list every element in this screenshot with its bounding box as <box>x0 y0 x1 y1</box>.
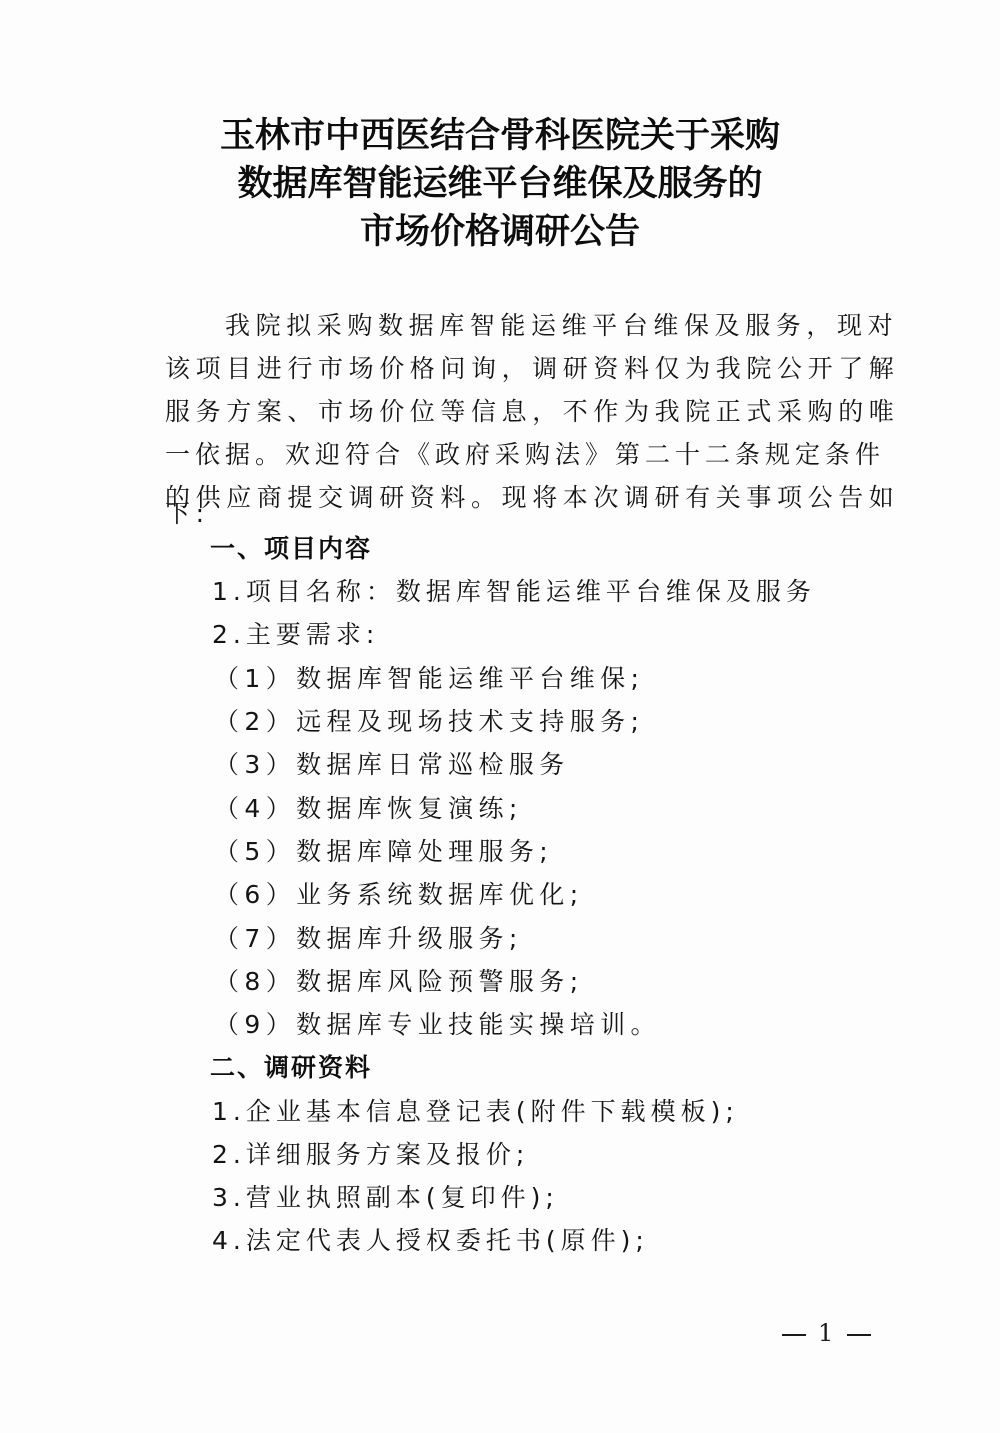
sub-item-3: （3）数据库日常巡检服务 <box>214 743 570 786</box>
section-heading-research-materials: 二、调研资料 <box>210 1046 372 1089</box>
material-item-1: 1.企业基本信息登记表(附件下载模板); <box>212 1090 739 1133</box>
title-line-1: 玉林市中西医结合骨科医院关于采购 <box>0 112 1000 160</box>
material-item-3: 3.营业执照副本(复印件); <box>212 1176 559 1219</box>
intro-line-6: 下: <box>165 492 210 535</box>
sub-item-7: （7）数据库升级服务; <box>214 917 523 960</box>
page-number: 1 <box>770 1318 883 1348</box>
sub-item-1: （1）数据库智能运维平台维保; <box>214 657 644 700</box>
sub-item-8: （8）数据库风险预警服务; <box>214 960 584 1003</box>
sub-item-4: （4）数据库恢复演练; <box>214 787 523 830</box>
intro-line-2: 该项目进行市场价格问询，调研资料仅为我院公开了解 <box>165 347 899 390</box>
document-page: 玉林市中西医结合骨科医院关于采购 数据库智能运维平台维保及服务的 市场价格调研公… <box>0 0 1000 1433</box>
material-item-4: 4.法定代表人授权委托书(原件); <box>212 1219 649 1262</box>
intro-line-4: 一依据。欢迎符合《政府采购法》第二十二条规定条件 <box>165 433 885 476</box>
item-project-name: 1.项目名称：数据库智能运维平台维保及服务 <box>212 570 816 613</box>
document-title: 玉林市中西医结合骨科医院关于采购 数据库智能运维平台维保及服务的 市场价格调研公… <box>0 112 1000 256</box>
intro-line-3: 服务方案、市场价位等信息，不作为我院正式采购的唯 <box>165 390 899 433</box>
section-heading-project-content: 一、项目内容 <box>210 527 372 570</box>
dash-left <box>782 1334 806 1336</box>
item-main-requirements: 2.主要需求: <box>212 613 379 656</box>
dash-right <box>847 1334 871 1336</box>
intro-line-1: 我院拟采购数据库智能运维平台维保及服务，现对 <box>225 304 898 347</box>
page-number-value: 1 <box>818 1319 835 1347</box>
sub-item-5: （5）数据库障处理服务; <box>214 830 553 873</box>
sub-item-9: （9）数据库专业技能实操培训。 <box>214 1003 661 1046</box>
material-item-2: 2.详细服务方案及报价; <box>212 1133 529 1176</box>
intro-line-5: 的供应商提交调研资料。现将本次调研有关事项公告如 <box>165 476 899 519</box>
sub-item-6: （6）业务系统数据库优化; <box>214 873 584 916</box>
sub-item-2: （2）远程及现场技术支持服务; <box>214 700 644 743</box>
title-line-2: 数据库智能运维平台维保及服务的 <box>0 160 1000 208</box>
title-line-3: 市场价格调研公告 <box>0 208 1000 256</box>
